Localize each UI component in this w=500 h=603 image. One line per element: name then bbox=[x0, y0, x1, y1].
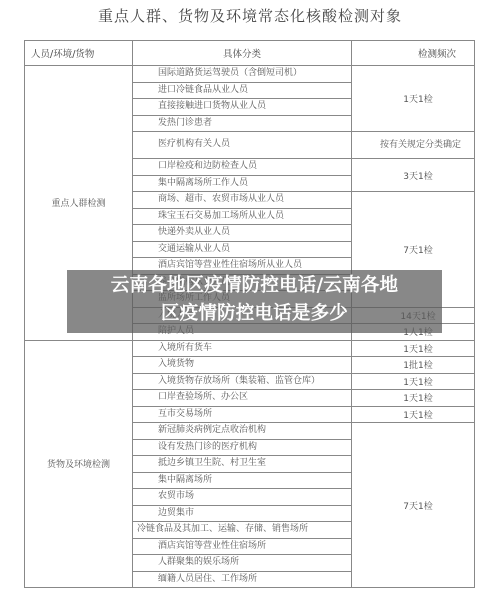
row-item: 国际道路货运驾驶员（含倒短司机） bbox=[133, 66, 352, 83]
caption-overlay: 云南各地区疫情防控电话/云南各地 区疫情防控电话是多少 bbox=[67, 272, 442, 328]
row-frequency: 1批1检 bbox=[352, 357, 475, 374]
row-item: 商场、超市、农贸市场从业人员 bbox=[133, 192, 352, 209]
row-item: 新冠肺炎病例定点收治机构 bbox=[133, 423, 352, 440]
row-frequency: 7天1检 bbox=[352, 423, 475, 588]
row-item: 进口冷链食品从业人员 bbox=[133, 82, 352, 99]
table-header-row: 人员/环境/货物 具体分类 检测频次 bbox=[25, 41, 475, 66]
caption-line-2: 区疫情防控电话是多少 bbox=[67, 300, 442, 328]
row-item: 互市交易场所 bbox=[133, 406, 352, 423]
row-item: 入境货物存放场所（集装箱、监管仓库） bbox=[133, 373, 352, 390]
row-item: 发热门诊患者 bbox=[133, 115, 352, 132]
row-item: 酒店宾馆等营业性住宿场所 bbox=[133, 538, 352, 555]
table-row: 重点人群检测 国际道路货运驾驶员（含倒短司机） 1天1检 bbox=[25, 66, 475, 83]
row-frequency: 1天1检 bbox=[352, 340, 475, 357]
row-item: 边贸集市 bbox=[133, 505, 352, 522]
header-subcategory: 具体分类 bbox=[133, 41, 352, 66]
row-frequency: 1天1检 bbox=[352, 406, 475, 423]
row-item: 人群聚集的娱乐场所 bbox=[133, 555, 352, 572]
caption-line-1: 云南各地区疫情防控电话/云南各地 bbox=[67, 272, 442, 300]
row-item: 抵边乡镇卫生院、村卫生室 bbox=[133, 456, 352, 473]
row-item: 集中隔离场所 bbox=[133, 472, 352, 489]
row-item: 缅籍人员居住、工作场所 bbox=[133, 571, 352, 588]
row-item: 交通运输从业人员 bbox=[133, 241, 352, 258]
header-frequency: 检测频次 bbox=[352, 41, 475, 66]
table-row: 货物及环境检测 入境所有货车 1天1检 bbox=[25, 340, 475, 357]
group-label-goods-environment: 货物及环境检测 bbox=[25, 340, 133, 588]
row-item: 设有发热门诊的医疗机构 bbox=[133, 439, 352, 456]
row-item: 口岸查验场所、办公区 bbox=[133, 390, 352, 407]
row-item: 集中隔离场所工作人员 bbox=[133, 175, 352, 192]
row-item: 入境货物 bbox=[133, 357, 352, 374]
header-category: 人员/环境/货物 bbox=[25, 41, 133, 66]
row-frequency: 1天1检 bbox=[352, 390, 475, 407]
row-item: 冷链食品及其加工、运输、存储、销售场所 bbox=[133, 522, 352, 539]
row-item: 医疗机构有关人员 bbox=[133, 132, 352, 159]
row-item: 快递外卖从业人员 bbox=[133, 225, 352, 242]
row-item: 入境所有货车 bbox=[133, 340, 352, 357]
document-title: 重点人群、货物及环境常态化核酸检测对象 bbox=[0, 5, 500, 26]
row-item: 直接接触进口货物从业人员 bbox=[133, 99, 352, 116]
row-frequency: 按有关规定分类确定 bbox=[352, 132, 475, 159]
row-frequency: 1天1检 bbox=[352, 373, 475, 390]
row-item: 口岸检疫和边防检查人员 bbox=[133, 159, 352, 176]
row-item: 珠宝玉石交易加工场所从业人员 bbox=[133, 208, 352, 225]
row-frequency: 1天1检 bbox=[352, 66, 475, 132]
row-item: 农贸市场 bbox=[133, 489, 352, 506]
row-frequency: 3天1检 bbox=[352, 159, 475, 192]
